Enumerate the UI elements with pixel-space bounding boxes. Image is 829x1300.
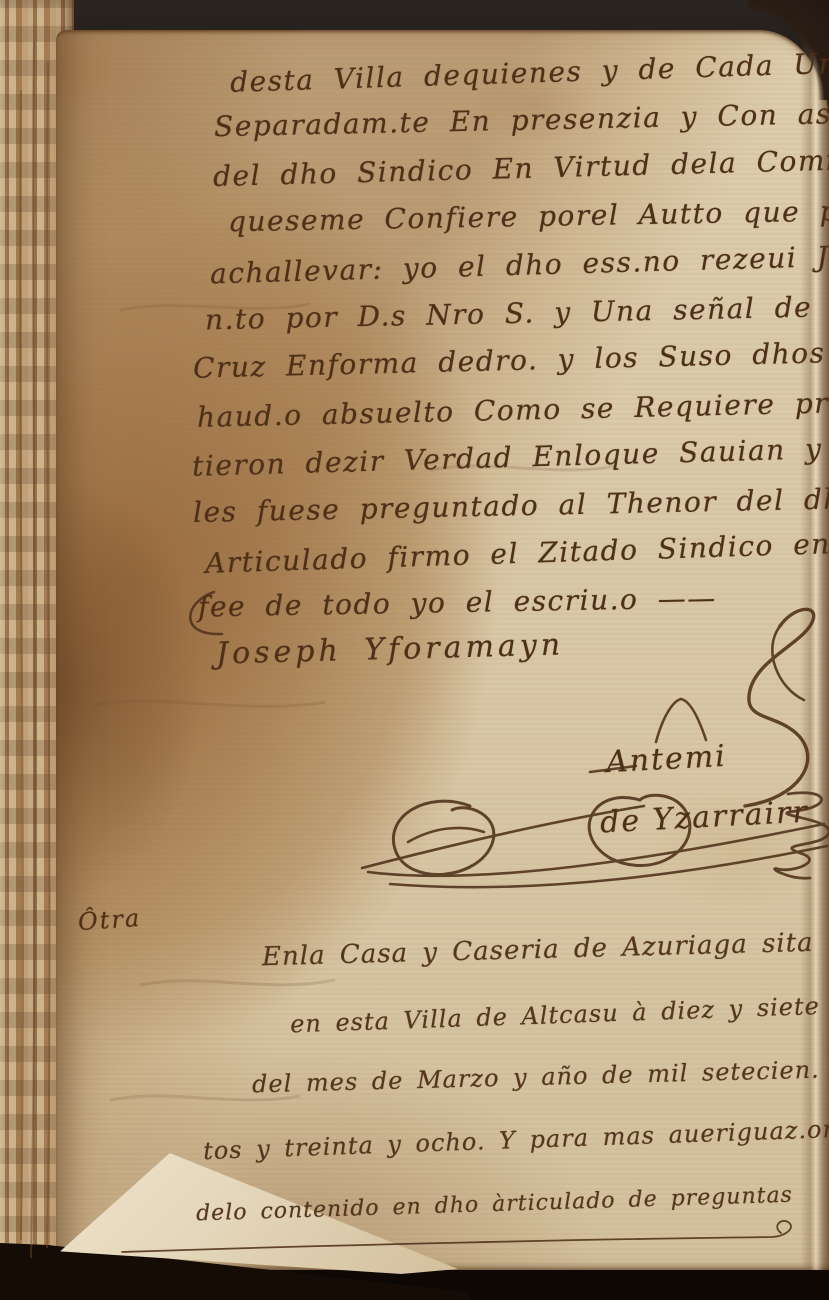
- antemi-attestation: Antemi: [605, 739, 728, 780]
- margin-entry-marker: Ôtra: [77, 904, 142, 936]
- manuscript-photo: desta Villa dequienes y de Cada Uno Sepa…: [0, 0, 829, 1300]
